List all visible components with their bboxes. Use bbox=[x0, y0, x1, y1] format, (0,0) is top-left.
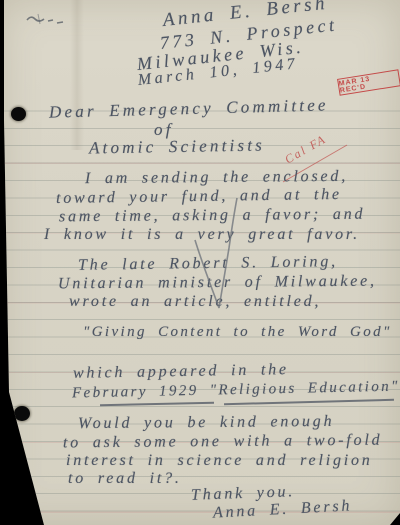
salutation-line-3: Atomic Scientists bbox=[89, 135, 265, 158]
underline-publication bbox=[224, 399, 394, 405]
body-line: Would you be kind enough bbox=[78, 413, 335, 433]
paper-crease bbox=[70, 0, 84, 150]
body-line: to read it?. bbox=[68, 470, 182, 488]
body-line: I am sending the enclosed, bbox=[85, 168, 348, 188]
punch-hole-bottom bbox=[14, 406, 30, 421]
salutation-line-1: Dear Emergency Committee bbox=[49, 95, 329, 122]
article-title: "Giving Content to the Word God" bbox=[83, 324, 392, 341]
body-line: interest in science and religion bbox=[66, 452, 373, 470]
red-filing-note: Cal FA bbox=[282, 132, 329, 168]
publication-line: February 1929 "Religious Education" bbox=[72, 379, 400, 403]
underline-date bbox=[100, 402, 214, 406]
body-line: Unitarian minister of Milwaukee, bbox=[58, 273, 377, 294]
body-line: The late Robert S. Loring, bbox=[78, 253, 338, 275]
pencil-scribble bbox=[24, 12, 68, 30]
scanned-letter: Anna E. Bersh 773 N. Prospect Milwaukee … bbox=[0, 0, 400, 525]
body-line: wrote an article, entitled, bbox=[69, 293, 321, 311]
body-line: to ask some one with a two-fold bbox=[63, 432, 383, 453]
body-line: same time, asking a favor; and bbox=[59, 206, 365, 227]
body-line: I know it is a very great favor. bbox=[44, 226, 360, 244]
body-line: toward your fund, and at the bbox=[56, 186, 342, 208]
punch-hole-top bbox=[11, 107, 26, 121]
body-line: which appeared in the bbox=[73, 361, 289, 383]
received-date-stamp: MAR 13 REC'D bbox=[337, 69, 400, 95]
letter-paper: Anna E. Bersh 773 N. Prospect Milwaukee … bbox=[0, 0, 400, 525]
